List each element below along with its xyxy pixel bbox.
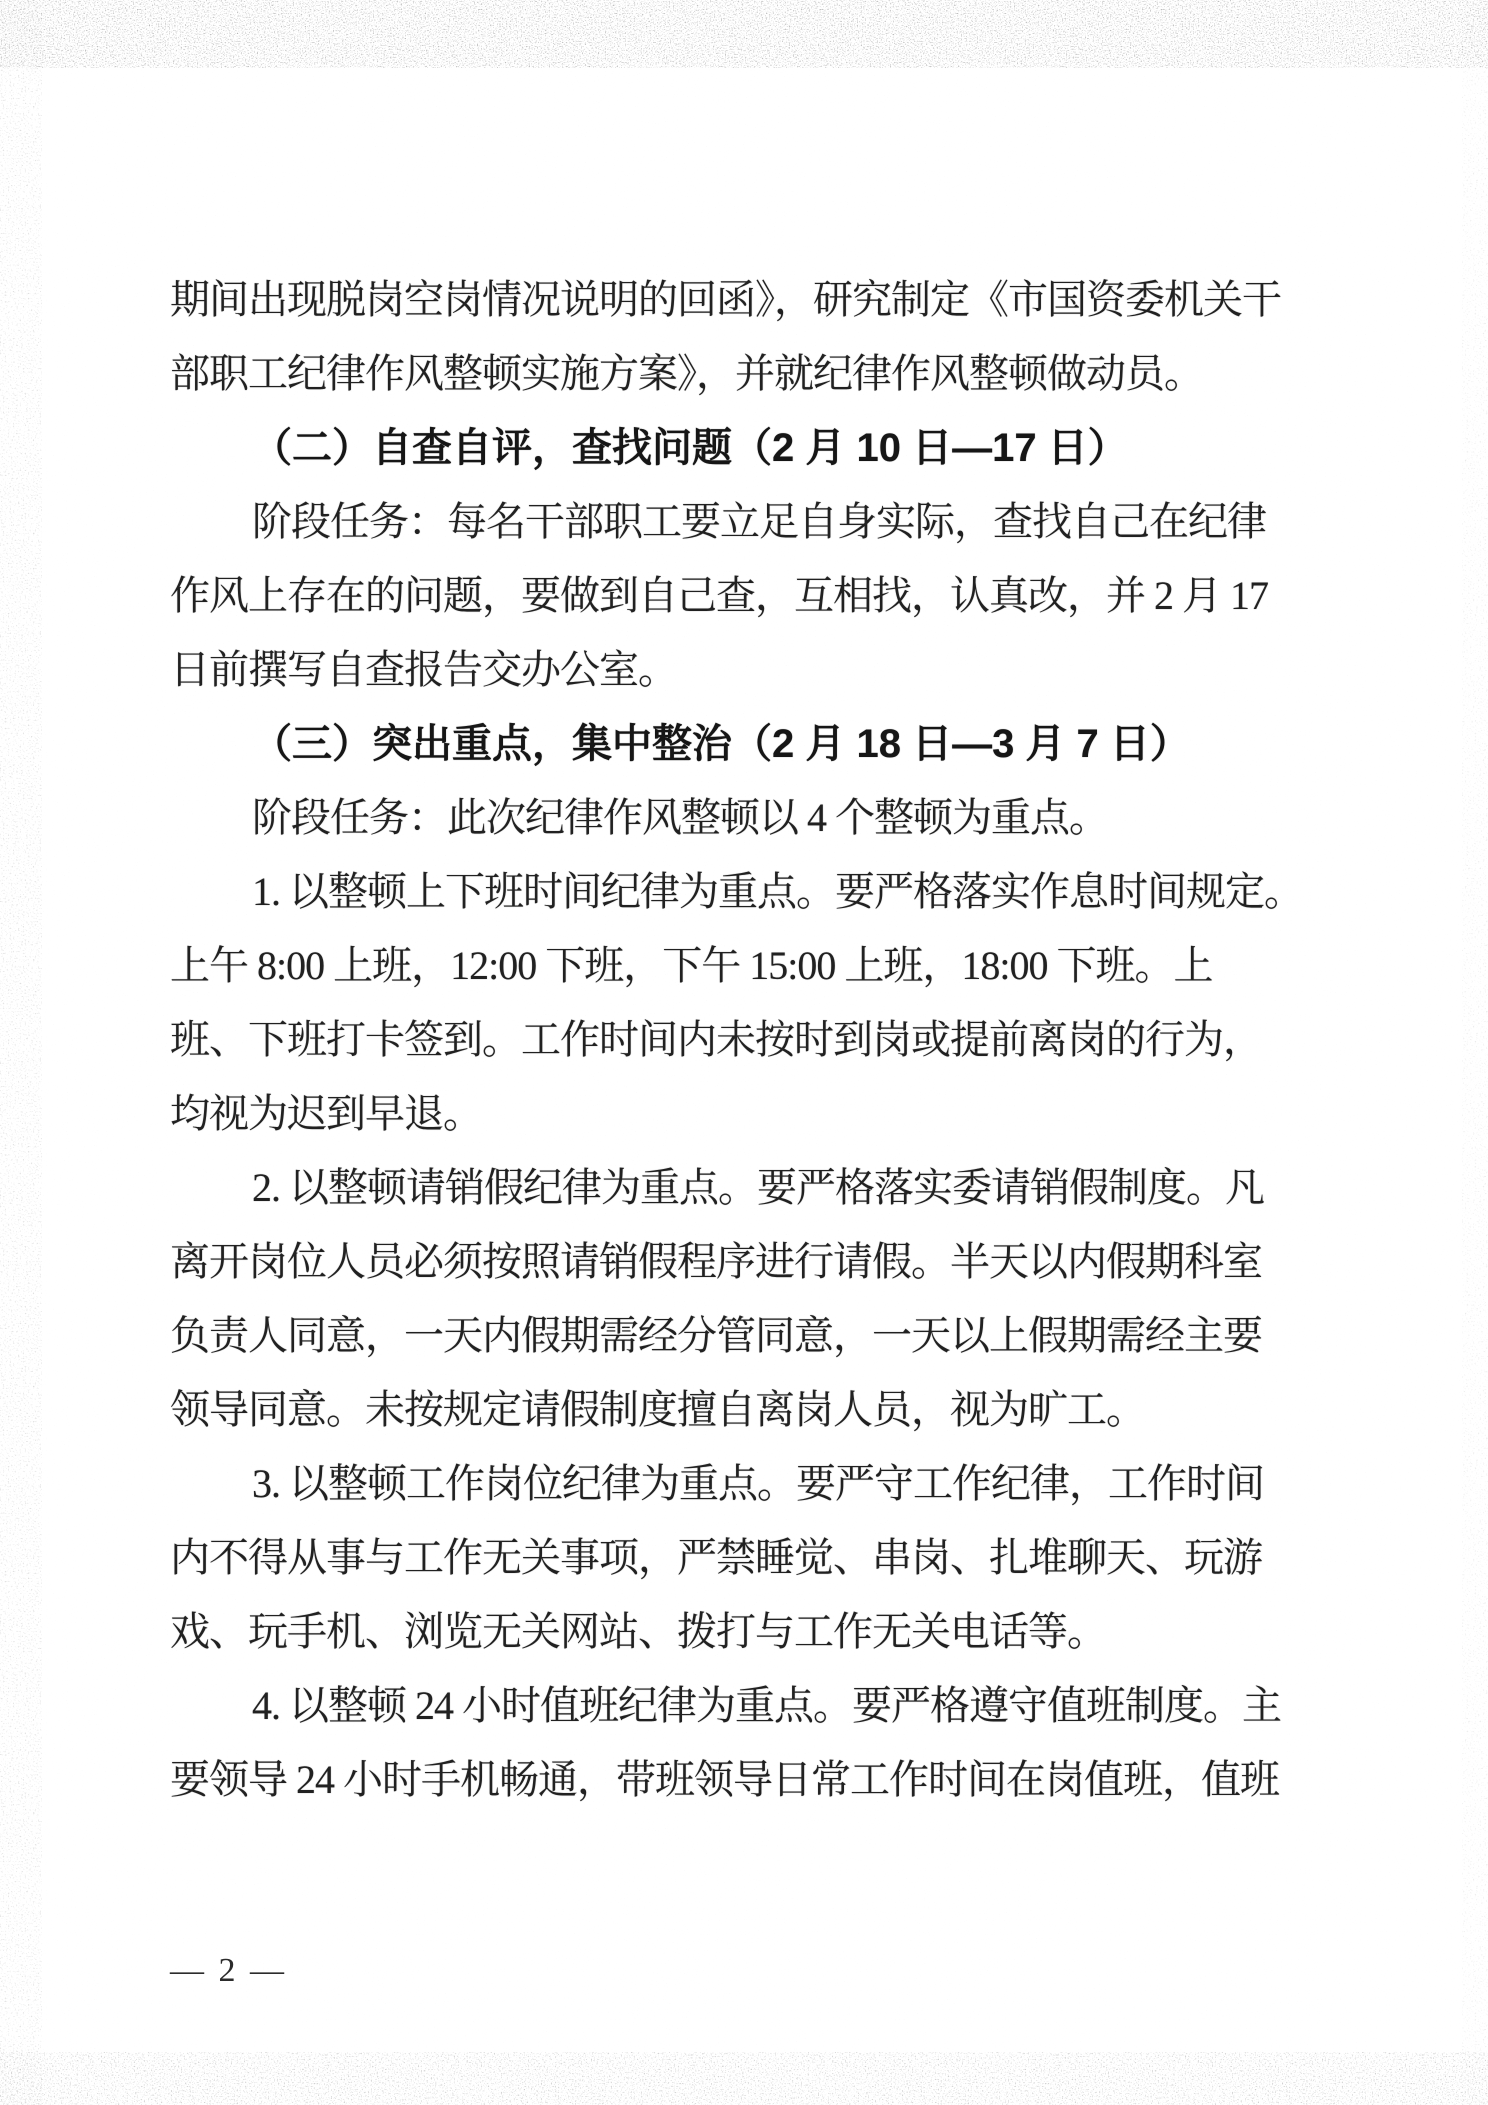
text-line: 戏、玩手机、浏览无关网站、拨打与工作无关电话等。 (170, 1595, 1340, 1669)
text-line: 内不得从事与工作无关事项，严禁睡觉、串岗、扎堆聊天、玩游 (170, 1521, 1340, 1595)
text-line: 2. 以整顿请销假纪律为重点。要严格落实委请销假制度。凡 (170, 1151, 1340, 1225)
text-line: 离开岗位人员必须按照请销假程序进行请假。半天以内假期科室 (170, 1225, 1340, 1299)
text-line: 班、下班打卡签到。工作时间内未按时到岗或提前离岗的行为， (170, 1003, 1340, 1077)
text-line: 4. 以整顿 24 小时值班纪律为重点。要严格遵守值班制度。主 (170, 1669, 1340, 1743)
text-line: 部职工纪律作风整顿实施方案》，并就纪律作风整顿做动员。 (170, 337, 1340, 411)
scan-noise-left-edge (0, 0, 42, 2105)
text-line: 1. 以整顿上下班时间纪律为重点。要严格落实作息时间规定。 (170, 855, 1340, 929)
section-heading-3: （三）突出重点，集中整治（2 月 18 日—3 月 7 日） (170, 707, 1340, 781)
text-line: 均视为迟到早退。 (170, 1077, 1340, 1151)
scan-noise-bottom (0, 2052, 1488, 2105)
scan-noise-top (0, 0, 1488, 68)
text-line: 要领导 24 小时手机畅通，带班领导日常工作时间在岗值班，值班 (170, 1743, 1340, 1817)
text-line: 3. 以整顿工作岗位纪律为重点。要严守工作纪律，工作时间 (170, 1447, 1340, 1521)
scanned-document-page: 期间出现脱岗空岗情况说明的回函》，研究制定《市国资委机关干 部职工纪律作风整顿实… (0, 0, 1488, 2105)
text-line: 领导同意。未按规定请假制度擅自离岗人员，视为旷工。 (170, 1373, 1340, 1447)
text-line: 期间出现脱岗空岗情况说明的回函》，研究制定《市国资委机关干 (170, 263, 1340, 337)
document-body: 期间出现脱岗空岗情况说明的回函》，研究制定《市国资委机关干 部职工纪律作风整顿实… (170, 263, 1340, 1817)
text-line: 日前撰写自查报告交办公室。 (170, 633, 1340, 707)
text-line: 负责人同意，一天内假期需经分管同意，一天以上假期需经主要 (170, 1299, 1340, 1373)
text-line: 上午 8:00 上班，12:00 下班，下午 15:00 上班，18:00 下班… (170, 929, 1340, 1003)
text-line: 阶段任务：此次纪律作风整顿以 4 个整顿为重点。 (170, 781, 1340, 855)
scan-noise-right-edge (1462, 0, 1488, 2105)
text-line: 阶段任务：每名干部职工要立足自身实际，查找自己在纪律 (170, 485, 1340, 559)
section-heading-2: （二）自查自评，查找问题（2 月 10 日—17 日） (170, 411, 1340, 485)
page-number: — 2 — (170, 1946, 287, 1996)
text-line: 作风上存在的问题，要做到自己查，互相找，认真改，并 2 月 17 (170, 559, 1340, 633)
